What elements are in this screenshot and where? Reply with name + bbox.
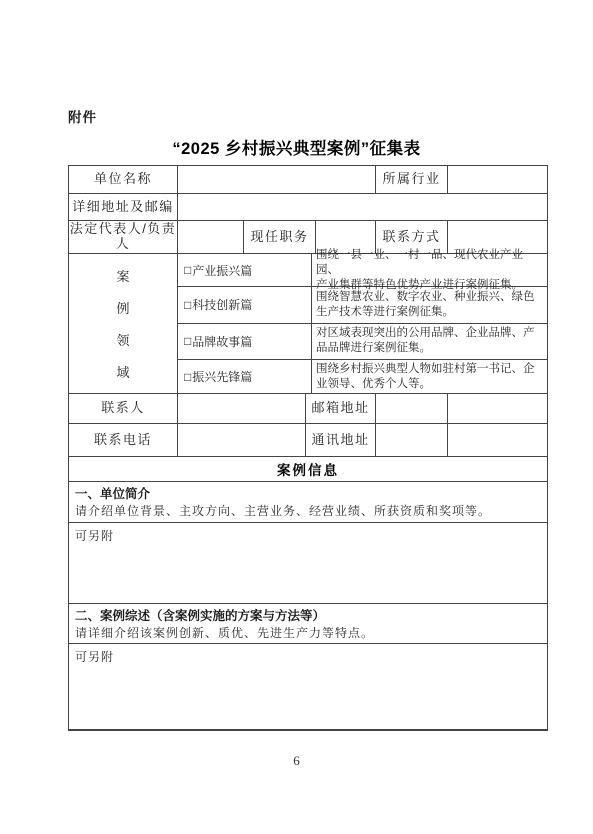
- case-info-header: 案例信息: [69, 457, 547, 481]
- section1-note: 可另附: [75, 527, 114, 544]
- contact-person-label: 联系人: [101, 401, 145, 416]
- table-row-case-field: 案 例 领 域 □ 产业振兴篇 围绕一县一业、一村一品、现代农业产业园、 产业集…: [69, 254, 547, 394]
- case-option-pioneer[interactable]: □ 振兴先锋篇: [178, 360, 312, 393]
- address-label: 详细地址及邮编: [72, 200, 174, 215]
- table-row-unit-name: 单位名称 所属行业: [69, 166, 547, 194]
- case-option-tech[interactable]: □ 科技创新篇: [178, 287, 312, 323]
- email-input[interactable]: [376, 394, 448, 423]
- section2-header-cell: 二、案例综述（含案例实施的方案与方法等） 请详细介绍该案例创新、质优、先进生产力…: [69, 604, 547, 643]
- email-label: 邮箱地址: [311, 401, 369, 416]
- legal-rep-input[interactable]: [178, 221, 244, 253]
- checkbox-icon[interactable]: □: [184, 370, 191, 384]
- case-option-row: □ 振兴先锋篇 围绕乡村振兴典型人物如驻村第一书记、企 业领导、优秀个人等。: [178, 360, 547, 393]
- industry-input[interactable]: [448, 166, 547, 193]
- case-option-label: 品牌故事篇: [192, 333, 252, 350]
- table-row-section1: 一、单位简介 请介绍单位背景、主攻方向、主营业务、经营业绩、所获资质和奖项等。: [69, 482, 547, 523]
- case-option-industry[interactable]: □ 产业振兴篇: [178, 254, 312, 286]
- table-row-case-info-header: 案例信息: [69, 457, 547, 482]
- table-row-contact-person: 联系人 邮箱地址: [69, 394, 547, 424]
- mailing-address-label: 通讯地址: [311, 433, 369, 448]
- case-option-row: □ 产业振兴篇 围绕一县一业、一村一品、现代农业产业园、 产业集群等特色优势产业…: [178, 254, 547, 287]
- contact-person-input[interactable]: [178, 394, 306, 423]
- table-row-section2: 二、案例综述（含案例实施的方案与方法等） 请详细介绍该案例创新、质优、先进生产力…: [69, 604, 547, 644]
- address-input[interactable]: [178, 194, 547, 220]
- case-field-label: 案 例 领 域: [69, 254, 178, 393]
- table-row-phone: 联系电话 通讯地址: [69, 424, 547, 457]
- section1-header-cell: 一、单位简介 请介绍单位背景、主攻方向、主营业务、经营业绩、所获资质和奖项等。: [69, 482, 547, 522]
- case-field-char: 例: [116, 298, 129, 317]
- case-field-options: □ 产业振兴篇 围绕一县一业、一村一品、现代农业产业园、 产业集群等特色优势产业…: [178, 254, 547, 393]
- industry-label: 所属行业: [382, 172, 440, 187]
- checkbox-icon[interactable]: □: [184, 334, 191, 348]
- case-field-char: 域: [116, 362, 129, 381]
- case-option-desc: 围绕智慧农业、数字农业、种业振兴、绿色 生产技术等进行案例征集。: [312, 287, 547, 323]
- section2-title: 二、案例综述（含案例实施的方案与方法等）: [75, 607, 325, 625]
- position-label: 现任职务: [250, 230, 308, 245]
- section2-note: 可另附: [75, 648, 114, 665]
- section2-hint: 请详细介绍该案例创新、质优、先进生产力等特点。: [75, 625, 374, 642]
- case-option-desc: 围绕乡村振兴典型人物如驻村第一书记、企 业领导、优秀个人等。: [312, 360, 547, 393]
- legal-rep-label: 法定代表人/负责 人: [70, 222, 177, 252]
- checkbox-icon[interactable]: □: [184, 298, 191, 312]
- mailing-address-input[interactable]: [376, 424, 448, 456]
- unit-name-input[interactable]: [178, 166, 376, 193]
- case-option-brand[interactable]: □ 品牌故事篇: [178, 324, 312, 360]
- unit-name-label: 单位名称: [94, 172, 152, 187]
- mailing-address-extra-input[interactable]: [448, 424, 547, 456]
- case-field-char: 领: [116, 330, 129, 349]
- section1-hint: 请介绍单位背景、主攻方向、主营业务、经营业绩、所获资质和奖项等。: [75, 503, 491, 520]
- phone-input[interactable]: [178, 424, 306, 456]
- case-option-desc: 围绕一县一业、一村一品、现代农业产业园、 产业集群等特色优势产业进行案例征集。: [312, 254, 547, 286]
- case-option-row: □ 品牌故事篇 对区域表现突出的公用品牌、企业品牌、产 品品牌进行案例征集。: [178, 324, 547, 361]
- table-row-section2-body: 可另附: [69, 644, 547, 729]
- section2-note-area[interactable]: 可另附: [69, 644, 547, 729]
- contact-method-label: 联系方式: [382, 230, 440, 245]
- case-option-desc: 对区域表现突出的公用品牌、企业品牌、产 品品牌进行案例征集。: [312, 324, 547, 360]
- section1-title: 一、单位简介: [75, 485, 150, 503]
- case-option-label: 振兴先锋篇: [192, 368, 252, 385]
- page-number: 6: [0, 753, 593, 769]
- section1-note-area[interactable]: 可另附: [69, 523, 547, 603]
- case-option-row: □ 科技创新篇 围绕智慧农业、数字农业、种业振兴、绿色 生产技术等进行案例征集。: [178, 287, 547, 324]
- case-option-label: 科技创新篇: [192, 296, 252, 313]
- collection-form-table: 单位名称 所属行业 详细地址及邮编 法定代表人/负责 人 现任职务 联系方式 案…: [68, 165, 548, 731]
- form-title: “2025 乡村振兴典型案例”征集表: [0, 135, 593, 159]
- checkbox-icon[interactable]: □: [184, 263, 191, 277]
- table-row-address: 详细地址及邮编: [69, 194, 547, 221]
- phone-label: 联系电话: [94, 433, 152, 448]
- table-row-section1-body: 可另附: [69, 523, 547, 604]
- email-extra-input[interactable]: [448, 394, 547, 423]
- case-option-label: 产业振兴篇: [192, 262, 252, 279]
- case-field-char: 案: [116, 266, 129, 285]
- attachment-label: 附件: [68, 106, 97, 126]
